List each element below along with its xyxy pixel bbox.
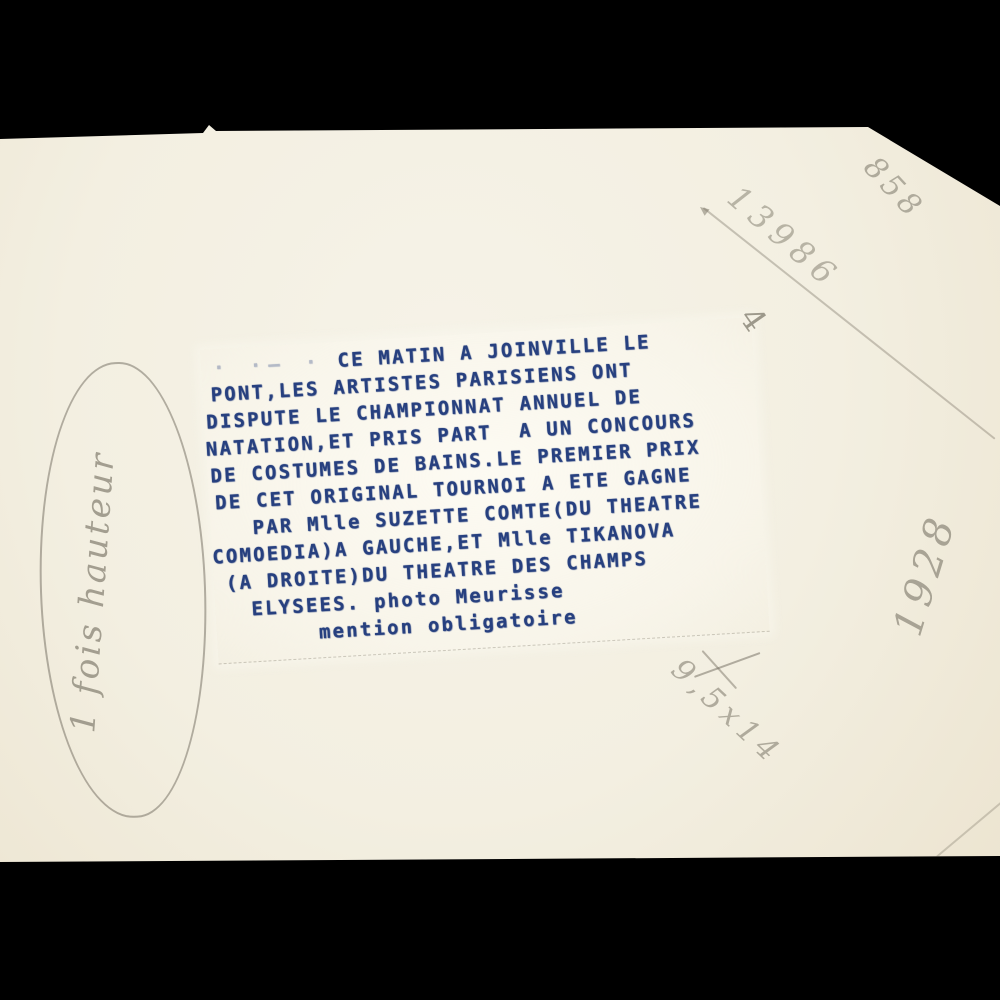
pencil-dimensions: 9,5x14: [664, 652, 789, 772]
photo-paper: · ·— ·CE MATIN A JOINVILLE LE PONT,LES A…: [0, 0, 1000, 1000]
scratch-line: [694, 652, 760, 677]
caption-stamp-label: · ·— ·CE MATIN A JOINVILLE LE PONT,LES A…: [200, 317, 770, 664]
faded-stamp-marks: · ·— ·: [212, 351, 324, 380]
photo-back-scan: · ·— ·CE MATIN A JOINVILLE LE PONT,LES A…: [0, 0, 1000, 1000]
pencil-bottom-right-line: [936, 801, 1000, 858]
pencil-number-top-right: 858: [856, 150, 931, 227]
pencil-year: 1928: [885, 508, 966, 642]
pencil-corner-line: [911, 127, 990, 198]
